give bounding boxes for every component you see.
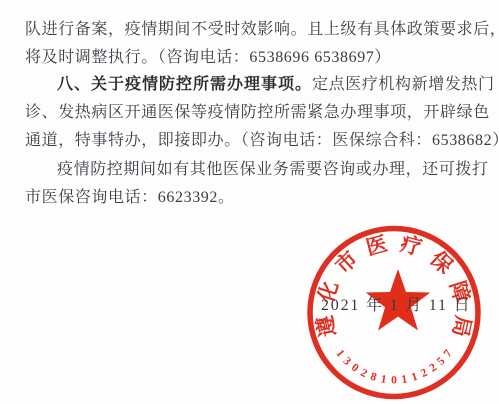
seal-arc-character: 遵	[313, 314, 341, 339]
seal-code-digit: 8	[369, 371, 378, 384]
line-text: 队进行备案，疫情期间不受时效影响。且上级有具体政策要求后，	[25, 21, 499, 38]
seal-code-digit: 1	[333, 348, 346, 360]
seal-code-digit: 2	[419, 367, 430, 380]
document-line: 通道，特事特办，即接即办。（咨询电话：医保综合科：6538682）	[25, 130, 483, 152]
line-text: 市医保咨询电话：6623392。	[25, 189, 235, 206]
seal-arc-character: 疗	[398, 231, 424, 259]
document-line: 将及时调整执行。（咨询电话：6538696 6538697）	[25, 47, 483, 69]
document-page: 队进行备案，疫情期间不受时效影响。且上级有具体政策要求后， 将及时调整执行。（咨…	[0, 0, 499, 404]
seal-code-digit: 5	[435, 355, 448, 368]
seal-code-digit: 2	[427, 361, 439, 374]
seal-arc-character: 医	[364, 231, 390, 259]
date-stamp: 2021 年 1 月 11 日	[321, 292, 471, 315]
document-line: 市医保咨询电话：6623392。	[25, 187, 483, 209]
document-line: 疫情防控期间如有其他医保业务需要咨询或办理，还可拨打	[25, 159, 499, 181]
section-heading: 八、关于疫情防控所需办理事项。	[57, 76, 312, 93]
document-line-heading: 八、关于疫情防控所需办理事项。定点医疗机构新增发热门	[25, 74, 499, 96]
seal-code-digit: 1	[401, 373, 409, 386]
seal-code-digit: 0	[391, 375, 397, 387]
line-text: 定点医疗机构新增发热门	[312, 76, 495, 93]
line-text: 将及时调整执行。（咨询电话：6538696 6538697）	[25, 49, 391, 66]
document-line: 队进行备案，疫情期间不受时效影响。且上级有具体政策要求后，	[25, 19, 483, 41]
line-text: 诊、发热病区开通医保等疫情防控所需紧急办理事项，开辟绿色	[25, 104, 490, 121]
seal-code-digit: 1	[380, 373, 388, 386]
document-line: 诊、发热病区开通医保等疫情防控所需紧急办理事项，开辟绿色	[25, 102, 483, 124]
seal-code-digit: 1	[410, 371, 419, 384]
seal-code-digit: 2	[359, 367, 370, 380]
seal-code-digit: 0	[349, 362, 361, 375]
seal-code-digit: 7	[442, 347, 455, 359]
line-text: 疫情防控期间如有其他医保业务需要咨询或办理，还可拨打	[57, 161, 489, 178]
seal-arc-character: 局	[448, 314, 476, 339]
seal-code-digit: 3	[341, 355, 354, 368]
line-text: 通道，特事特办，即接即办。（咨询电话：医保综合科：6538682）	[25, 132, 499, 149]
